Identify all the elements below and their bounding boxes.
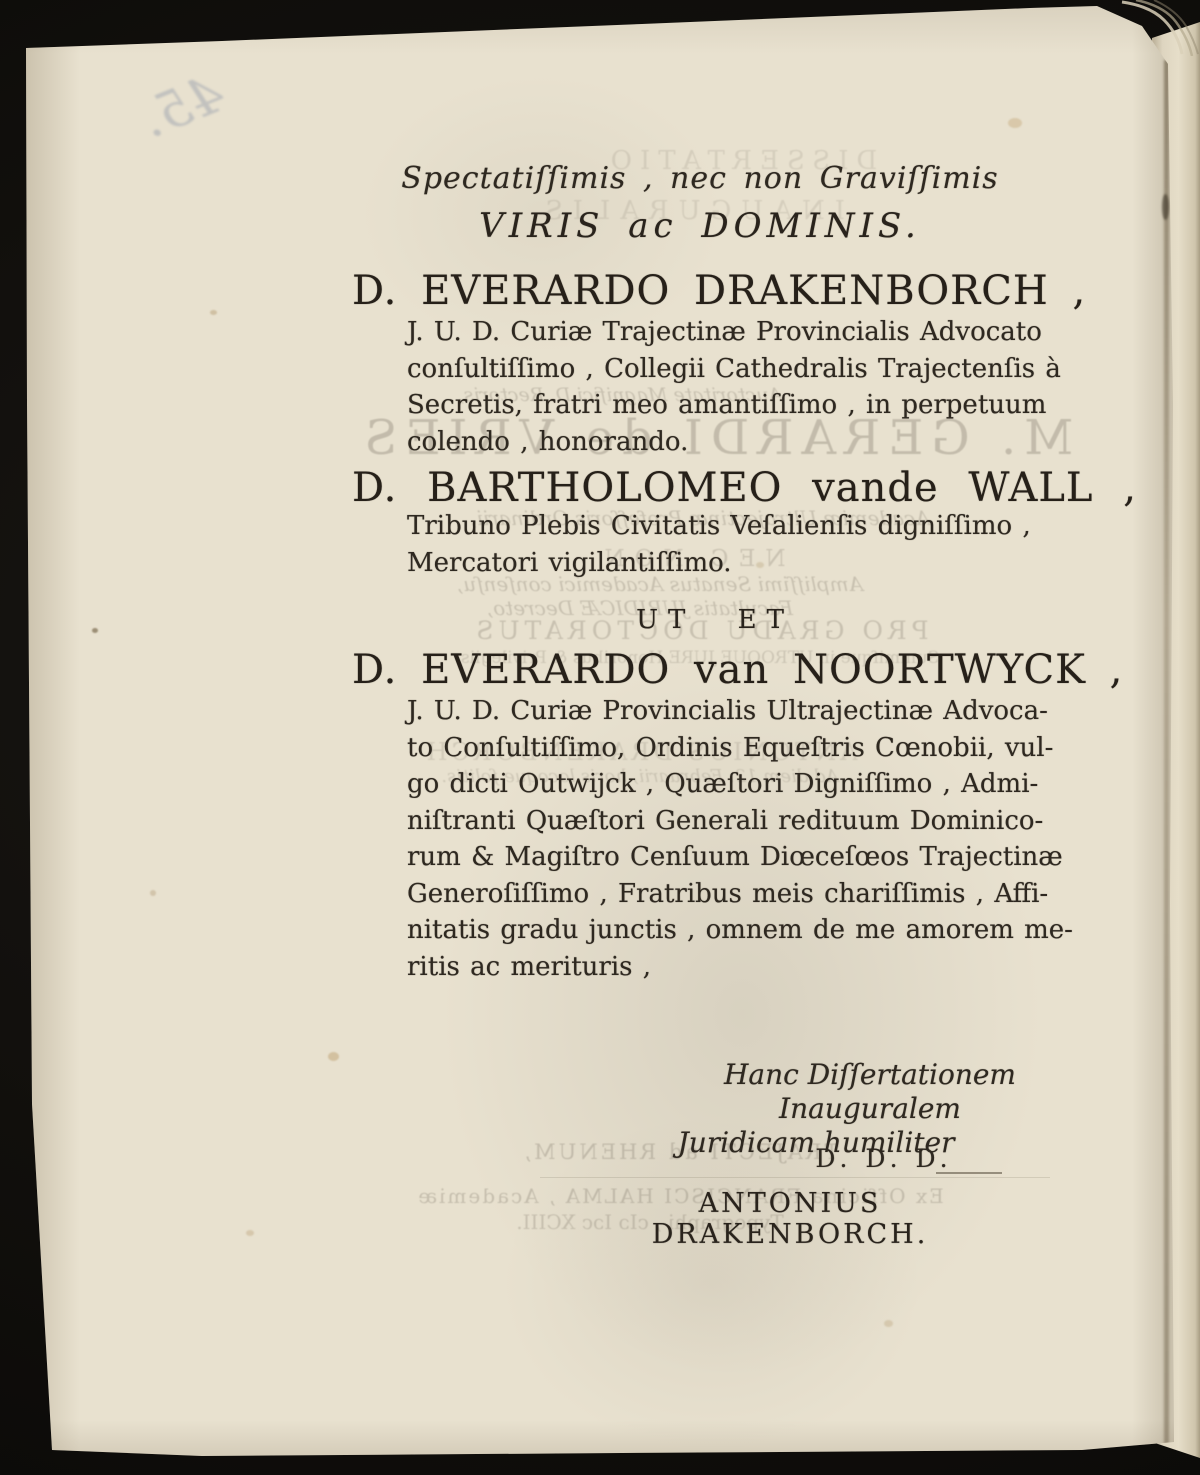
closing-line1: Hanc Diſſertationem Inauguralem <box>640 1058 1100 1126</box>
foxing-spot <box>150 890 156 896</box>
gutter-crease <box>1164 60 1169 1450</box>
foxing-spot <box>210 310 217 315</box>
connector-ut-et: UT ET <box>352 605 1078 635</box>
dedicatee-2-titles: Tribuno Plebis Civitatis Veſalienſis dig… <box>407 508 1087 581</box>
dedication-salutation-line2: VIRIS ac DOMINIS. <box>352 204 1078 248</box>
dedication-salutation-line1: Spectatiſſimis , nec non Graviſſimis <box>352 158 1078 200</box>
dedication-initials: D. D. D. <box>764 1144 1004 1173</box>
dedicatee-3-titles: J. U. D. Curiæ Provincialis Ultrajectinæ… <box>407 693 1087 985</box>
dedicatee-2-name: D. BARTHOLOMEO vande WALL , <box>352 465 1092 511</box>
foxing-spot <box>92 628 98 633</box>
book-scan: 45. DISSERTATIO INAUGURALIS Auctoritate … <box>0 0 1200 1475</box>
edge-blemish <box>1162 194 1169 220</box>
foxing-spot <box>246 1230 254 1236</box>
bleedthrough-rule <box>540 1177 1050 1178</box>
foxing-spot <box>328 1052 339 1061</box>
foxing-spot <box>1008 118 1022 128</box>
foxing-spot <box>884 1320 893 1327</box>
dedicatee-3-name: D. EVERARDO van NOORTWYCK , <box>352 647 1092 693</box>
author-signature: ANTONIUS DRAKENBORCH. <box>560 1188 1020 1250</box>
dedicatee-1-name: D. EVERARDO DRAKENBORCH , <box>352 268 1092 314</box>
dedicatee-1-titles: J. U. D. Curiæ Trajectinæ Provincialis A… <box>407 314 1087 460</box>
rule-line <box>936 1172 1002 1174</box>
